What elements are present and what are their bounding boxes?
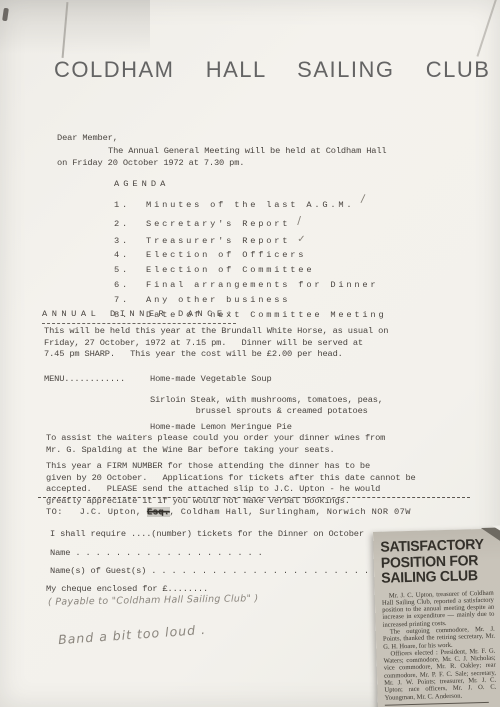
agenda-item: 4. Election of Officers	[114, 250, 386, 262]
clipping-folded-corner-highlight	[492, 525, 500, 532]
menu-label: MENU............	[44, 374, 125, 386]
newspaper-clipping: SATISFACTORY POSITION FOR SAILING CLUB M…	[373, 528, 500, 707]
handwritten-comment: Band a bit too loud .	[58, 622, 207, 647]
paragraph-line: This year a FIRM NUMBER for those attend…	[46, 461, 416, 473]
agenda-item-text: 5. Election of Committee	[114, 265, 314, 275]
address-suffix: , Coldham Hall, Surlingham, Norwich NOR …	[170, 507, 411, 517]
scan-artifact	[0, 0, 150, 54]
agenda-item-text: 6. Final arrangements for Dinner	[114, 280, 378, 290]
agenda-item-text: 3. Treasurer's Report	[114, 236, 290, 246]
agenda-item: 5. Election of Committee	[114, 265, 386, 277]
agenda-heading: AGENDA	[114, 179, 169, 191]
dinner-dance-heading: ANNUAL DINNER DANCE:	[42, 309, 236, 324]
clipping-rule	[385, 702, 489, 706]
name-field-line: Name . . . . . . . . . . . . . . . . . .…	[50, 548, 263, 560]
agenda-item-text: 1. Minutes of the last A.G.M.	[114, 200, 354, 210]
menu-course: Sirloin Steak, with mushrooms, tomatoes,…	[150, 395, 383, 407]
menu-courses: Home-made Vegetable Soup Sirloin Steak, …	[150, 374, 383, 433]
paragraph-line: To assist the waiters please could you o…	[46, 433, 385, 445]
pen-tick-mark: ∕	[361, 193, 366, 205]
paragraph-line: This will be held this year at the Brund…	[44, 326, 388, 338]
menu-course: Home-made Lemon Meringue Pie	[150, 422, 383, 434]
clipping-headline-line: SAILING CLUB	[381, 569, 494, 588]
club-letterhead-title: COLDHAM HALL SAILING CLUB	[54, 57, 490, 83]
menu-course: Home-made Vegetable Soup	[150, 374, 383, 386]
agenda-item: 2. Secretary's Report∕	[114, 215, 386, 231]
agenda-item: 7. Any other business	[114, 295, 386, 307]
address-prefix: TO: J.C. Upton,	[46, 507, 147, 517]
wine-note-paragraph: To assist the waiters please could you o…	[46, 433, 385, 456]
agenda-item: 6. Final arrangements for Dinner	[114, 280, 386, 292]
clipping-body: Mr. J. C. Upton, treasurer of Coldham Ha…	[382, 589, 497, 702]
salutation: Dear Member,	[57, 133, 118, 145]
pen-tick-mark: ✓	[297, 234, 305, 246]
agenda-item-text: 4. Election of Officers	[114, 250, 306, 260]
agenda-list: 1. Minutes of the last A.G.M.∕ 2. Secret…	[114, 193, 386, 324]
scanned-letter-page: COLDHAM HALL SAILING CLUB Dear Member, T…	[0, 0, 500, 707]
clipping-paragraph: Officers elected : President, Mr. F. G. …	[383, 648, 496, 702]
intro-line: The Annual General Meeting will be held …	[108, 146, 387, 158]
paragraph-line: Mr. G. Spalding at the Wine Bar before t…	[46, 445, 385, 457]
booking-note-paragraph: This year a FIRM NUMBER for those attend…	[46, 461, 416, 507]
paragraph-line: 7.45 pm SHARP. This year the cost will b…	[44, 349, 388, 361]
scan-artifact	[476, 0, 497, 57]
intro-line: on Friday 20 October 1972 at 7.30 pm.	[57, 158, 244, 170]
menu-course: brussel sprouts & creamed potatoes	[150, 406, 383, 418]
guests-field-line: Name(s) of Guest(s) . . . . . . . . . . …	[50, 566, 399, 578]
tear-off-dashed-line	[38, 497, 470, 498]
agenda-item-text: 2. Secretary's Report	[114, 219, 290, 229]
reply-slip-address-line: TO: J.C. Upton, Esq., Coldham Hall, Surl…	[46, 507, 411, 519]
agenda-item-text: 7. Any other business	[114, 295, 290, 305]
handwritten-payable-note: ( Payable to "Coldham Hall Sailing Club"…	[48, 593, 259, 608]
crossed-out-esq: Esq.	[147, 507, 169, 517]
pen-tick-mark: ∕	[297, 215, 301, 227]
paragraph-line: Friday, 27 October, 1972 at 7.15 pm. Din…	[44, 338, 388, 350]
dinner-dance-paragraph: This will be held this year at the Brund…	[44, 326, 388, 361]
paragraph-line: given by 20 October. Applications for ti…	[46, 473, 416, 485]
clipping-paragraph: Mr. J. C. Upton, treasurer of Coldham Ha…	[382, 589, 495, 629]
tickets-required-line: I shall require ....(number) tickets for…	[50, 529, 364, 541]
clipping-paragraph: The outgoing commodore, Mr. J. Points, t…	[383, 626, 496, 651]
agenda-item: 3. Treasurer's Report✓	[114, 234, 386, 248]
paragraph-line: accepted. PLEASE send the attached slip …	[46, 484, 416, 496]
agenda-item: 1. Minutes of the last A.G.M.∕	[114, 193, 386, 212]
